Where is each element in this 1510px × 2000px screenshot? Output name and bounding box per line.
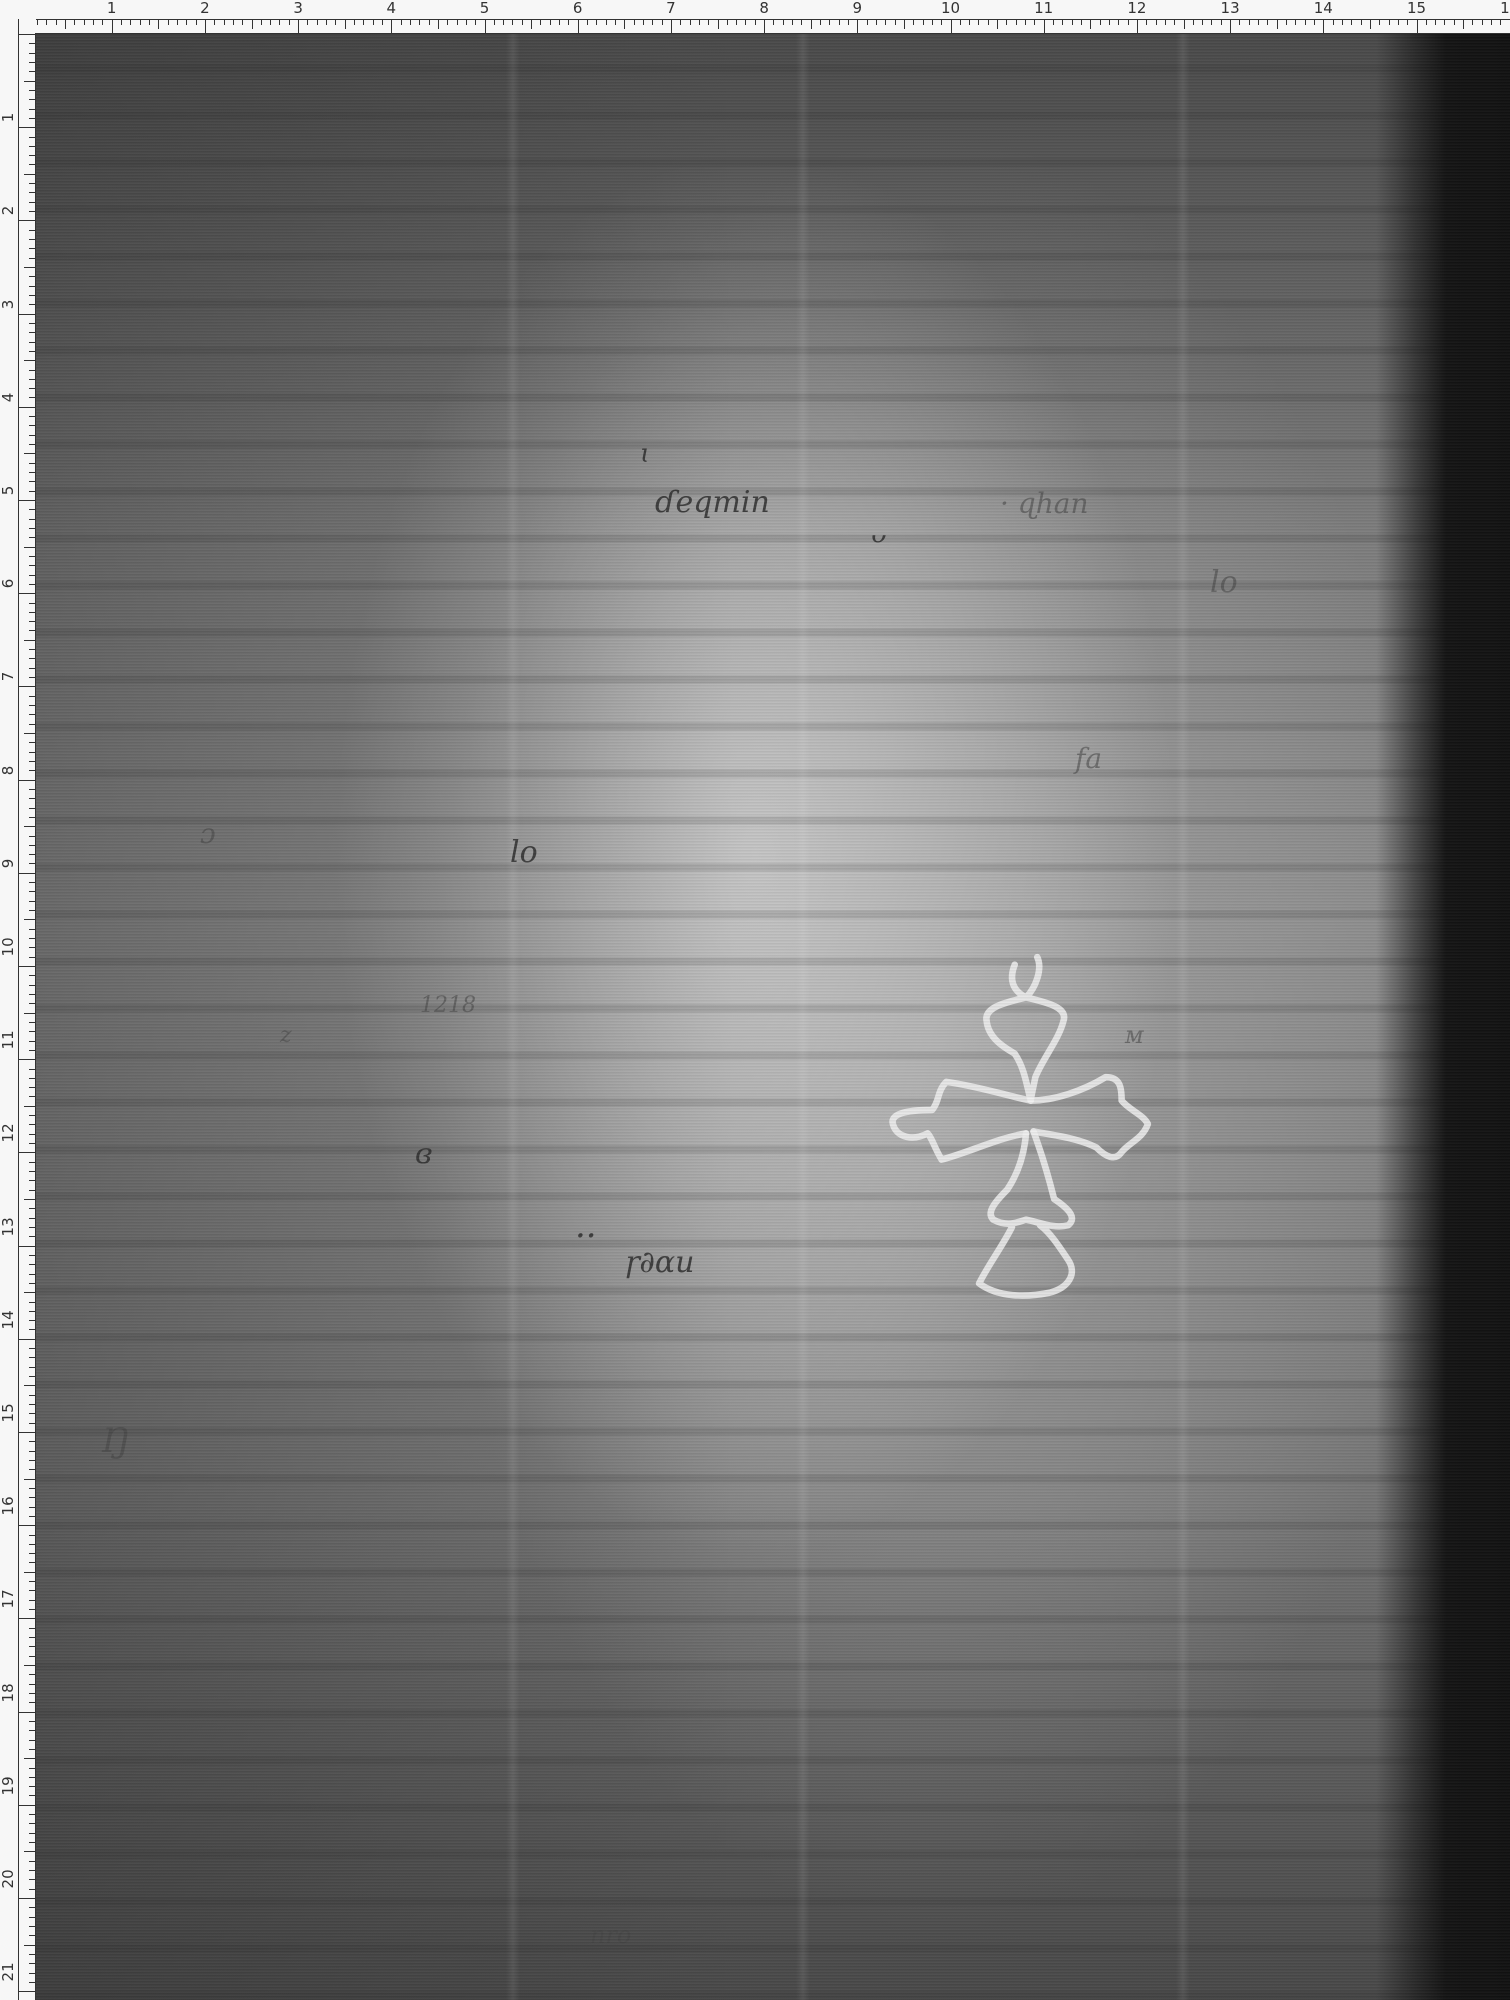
- ruler-tick: [24, 81, 36, 82]
- ruler-tick: [29, 1413, 36, 1414]
- ruler-tick: [29, 649, 36, 650]
- ruler-tick: [29, 1031, 36, 1032]
- ruler-tick: [29, 1236, 36, 1237]
- ruler-tick: [29, 1274, 36, 1275]
- ruler-tick: [24, 1851, 36, 1852]
- ruler-tick: [29, 1311, 36, 1312]
- ruler-tick: [158, 19, 159, 29]
- ruler-tick: [29, 1283, 36, 1284]
- ruler-label: 7: [666, 0, 676, 16]
- ruler-tick: [1444, 19, 1445, 25]
- ruler-tick: [19, 1246, 36, 1247]
- ruler-tick: [29, 798, 36, 799]
- ruler-tick: [1062, 19, 1063, 25]
- ruler-tick: [568, 19, 569, 25]
- ruler-tick: [29, 1581, 36, 1582]
- ruler-tick: [29, 1740, 36, 1741]
- ruler-tick: [941, 19, 942, 25]
- ruler-label: 4: [0, 392, 16, 402]
- ruler-tick: [1081, 19, 1082, 25]
- ruler-tick: [1314, 19, 1315, 25]
- ruler-tick: [242, 19, 243, 25]
- ruler-tick: [839, 19, 840, 25]
- ruler-tick: [29, 183, 36, 184]
- ruler-tick: [29, 1451, 36, 1452]
- ruler-tick: [485, 19, 486, 34]
- ruler-tick: [512, 19, 513, 25]
- ruler-tick: [29, 1637, 36, 1638]
- ruler-tick: [466, 19, 467, 25]
- ruler-tick: [19, 127, 36, 128]
- ruler-tick: [224, 19, 225, 25]
- ruler-tick: [29, 1255, 36, 1256]
- ruler-tick: [764, 19, 765, 34]
- ruler-tick: [29, 99, 36, 100]
- ruler-tick: [56, 19, 57, 25]
- ruler-label: 14: [1314, 0, 1333, 16]
- ruler-tick: [1034, 19, 1035, 25]
- ruler-tick: [1016, 19, 1017, 25]
- ruler-tick: [29, 1180, 36, 1181]
- ruler-tick: [29, 1488, 36, 1489]
- ruler-tick: [270, 19, 271, 25]
- ruler-tick: [494, 19, 495, 25]
- ruler-tick: [29, 789, 36, 790]
- ruler-tick: [29, 1842, 36, 1843]
- ruler-tick: [699, 19, 700, 25]
- ruler-tick: [317, 19, 318, 25]
- ruler-tick: [29, 472, 36, 473]
- ruler-tick: [606, 19, 607, 25]
- ruler-tick: [29, 1833, 36, 1834]
- ruler-tick: [29, 612, 36, 613]
- ruler-tick: [29, 1535, 36, 1536]
- ruler-tick: [29, 1646, 36, 1647]
- ruler-tick: [29, 444, 36, 445]
- ruler-tick: [29, 1935, 36, 1936]
- ruler-tick: [29, 603, 36, 604]
- ruler-tick: [1025, 19, 1026, 25]
- ruler-tick: [29, 1590, 36, 1591]
- ruler-tick: [29, 323, 36, 324]
- ruler-tick: [29, 351, 36, 352]
- ruler-tick: [29, 621, 36, 622]
- ruler-tick: [29, 463, 36, 464]
- ruler-tick: [1156, 19, 1157, 25]
- ruler-tick: [29, 1124, 36, 1125]
- ruler-tick: [149, 19, 150, 25]
- ruler-tick: [1277, 19, 1278, 29]
- ruler-tick: [29, 696, 36, 697]
- ruler-tick: [1295, 19, 1296, 25]
- ruler-tick: [29, 947, 36, 948]
- ruler-tick: [29, 994, 36, 995]
- ruler-tick: [29, 53, 36, 54]
- ruler-tick: [29, 435, 36, 436]
- ruler-tick: [1221, 19, 1222, 25]
- ruler-tick: [29, 677, 36, 678]
- ruler-tick: [29, 1376, 36, 1377]
- ruler-label: 3: [293, 0, 303, 16]
- ruler-tick: [29, 1078, 36, 1079]
- ruler-tick: [29, 863, 36, 864]
- ruler-tick: [29, 1507, 36, 1508]
- ruler-tick: [29, 742, 36, 743]
- ruler-tick: [857, 19, 858, 34]
- ruler-label: 8: [0, 765, 16, 775]
- ruler-tick: [923, 19, 924, 25]
- ruler-label: 6: [573, 0, 583, 16]
- ruler-tick: [29, 1227, 36, 1228]
- ruler-tick: [848, 19, 849, 25]
- ruler-tick: [1258, 19, 1259, 25]
- ruler-tick: [214, 19, 215, 25]
- ruler-tick: [29, 1423, 36, 1424]
- ruler-tick: [29, 1395, 36, 1396]
- ruler-tick: [1398, 19, 1399, 25]
- vertical-ruler: 123456789101112131415161718192021: [0, 0, 36, 2000]
- ruler-tick: [1500, 19, 1501, 25]
- ruler-label: 10: [0, 937, 16, 956]
- ruler-tick: [1389, 19, 1390, 25]
- ruler-tick: [29, 332, 36, 333]
- ruler-tick: [24, 1665, 36, 1666]
- ruler-tick: [29, 71, 36, 72]
- ruler-tick: [298, 19, 299, 34]
- ruler-tick: [29, 556, 36, 557]
- ruler-tick: [29, 1264, 36, 1265]
- ruler-tick: [1128, 19, 1129, 25]
- ruler-tick: [29, 1302, 36, 1303]
- ruler-tick: [29, 929, 36, 930]
- ruler-tick: [382, 19, 383, 25]
- ruler-tick: [29, 416, 36, 417]
- ruler-tick: [29, 985, 36, 986]
- ruler-tick: [29, 425, 36, 426]
- ruler-tick: [29, 1609, 36, 1610]
- ruler-label: 10: [941, 0, 960, 16]
- ruler-tick: [140, 19, 141, 25]
- ruler-tick: [671, 19, 672, 34]
- ruler-tick: [29, 1357, 36, 1358]
- ruler-tick: [19, 1712, 36, 1713]
- ruler-tick: [24, 267, 36, 268]
- ruler-label: 1: [107, 0, 117, 16]
- ruler-tick: [252, 19, 253, 29]
- ruler-tick: [29, 1441, 36, 1442]
- ruler-tick: [1165, 19, 1166, 25]
- ruler-tick: [1053, 19, 1054, 25]
- ruler-tick: [29, 248, 36, 249]
- ruler-label: 1: [0, 113, 16, 123]
- ruler-tick: [24, 174, 36, 175]
- ruler-tick: [1482, 19, 1483, 25]
- ruler-tick: [1491, 19, 1492, 25]
- ruler-tick: [867, 19, 868, 25]
- ruler-tick: [29, 1814, 36, 1815]
- ruler-tick: [1072, 19, 1073, 25]
- ruler-tick: [997, 19, 998, 29]
- ruler-baseline: [18, 19, 19, 2000]
- ruler-tick: [1267, 19, 1268, 25]
- ruler-tick: [475, 19, 476, 25]
- ruler-tick: [121, 19, 122, 25]
- manuscript-scan: ɩɗeqminᴗ· ɋhanlofaloɔ1218zɞ··ɼ∂ɑuᴍŊnro: [36, 34, 1510, 2000]
- ruler-tick: [29, 957, 36, 958]
- ruler-tick: [19, 1991, 36, 1992]
- ruler-tick: [29, 1134, 36, 1135]
- ruler-tick: [624, 19, 625, 29]
- ruler-tick: [19, 500, 36, 501]
- ruler-tick: [29, 146, 36, 147]
- ruler-tick: [29, 1162, 36, 1163]
- ruler-tick: [29, 1367, 36, 1368]
- ruler-tick: [745, 19, 746, 25]
- ruler-tick: [29, 1143, 36, 1144]
- ruler-tick: [29, 1050, 36, 1051]
- ruler-tick: [29, 891, 36, 892]
- ruler-tick: [29, 584, 36, 585]
- ruler-tick: [1006, 19, 1007, 25]
- ruler-tick: [29, 705, 36, 706]
- ruler-tick: [29, 342, 36, 343]
- ruler-tick: [727, 19, 728, 25]
- ruler-label: 16: [0, 1497, 16, 1516]
- ruler-tick: [29, 202, 36, 203]
- ruler-tick: [19, 873, 36, 874]
- ruler-tick: [29, 1684, 36, 1685]
- ruler-tick: [29, 1656, 36, 1657]
- ruler-tick: [1109, 19, 1110, 25]
- ruler-tick: [1379, 19, 1380, 25]
- ruler-label: 20: [0, 1869, 16, 1888]
- ruler-tick: [29, 1777, 36, 1778]
- ruler-tick: [429, 19, 430, 25]
- ruler-label: 15: [1407, 0, 1426, 16]
- ruler-label: 12: [0, 1124, 16, 1143]
- ruler-tick: [29, 770, 36, 771]
- ruler-tick: [829, 19, 830, 25]
- ruler-tick: [391, 19, 392, 34]
- ruler-tick: [29, 1693, 36, 1694]
- ruler-tick: [19, 1152, 36, 1153]
- ruler-tick: [19, 1432, 36, 1433]
- ruler-tick: [643, 19, 644, 25]
- ruler-tick: [29, 1218, 36, 1219]
- ruler-tick: [29, 1069, 36, 1070]
- ruler-tick: [19, 780, 36, 781]
- ruler-tick: [690, 19, 691, 25]
- ruler-tick: [19, 1898, 36, 1899]
- ruler-label: 14: [0, 1310, 16, 1329]
- ruler-tick: [29, 1469, 36, 1470]
- ruler-label: 19: [0, 1776, 16, 1795]
- ruler-tick: [29, 1861, 36, 1862]
- ruler-tick: [447, 19, 448, 25]
- ruler-tick: [354, 19, 355, 25]
- ruler-tick: [1249, 19, 1250, 25]
- ruler-label: 21: [0, 1963, 16, 1982]
- ruler-tick: [29, 1553, 36, 1554]
- ruler-tick: [29, 1516, 36, 1517]
- ruler-tick: [29, 491, 36, 492]
- ruler-label: 12: [1127, 0, 1146, 16]
- ruler-tick: [19, 34, 36, 35]
- ruler-tick: [307, 19, 308, 25]
- ruler-tick: [19, 1339, 36, 1340]
- ruler-tick: [1193, 19, 1194, 25]
- ruler-tick: [29, 481, 36, 482]
- ruler-tick: [29, 938, 36, 939]
- ruler-tick: [540, 19, 541, 25]
- ruler-tick: [177, 19, 178, 25]
- ruler-tick: [326, 19, 327, 25]
- ruler-tick: [913, 19, 914, 25]
- ruler-tick: [755, 19, 756, 25]
- ruler-tick: [1370, 19, 1371, 29]
- ruler-tick: [29, 192, 36, 193]
- ruler-tick: [969, 19, 970, 25]
- ruler-tick: [29, 519, 36, 520]
- ruler-tick: [29, 509, 36, 510]
- ruler-tick: [233, 19, 234, 25]
- ruler-tick: [29, 1003, 36, 1004]
- ruler-tick: [289, 19, 290, 25]
- ruler-tick: [196, 19, 197, 25]
- ruler-tick: [29, 565, 36, 566]
- ruler-tick: [24, 1199, 36, 1200]
- ruler-tick: [29, 304, 36, 305]
- ruler-tick: [29, 1702, 36, 1703]
- ruler-tick: [550, 19, 551, 25]
- ruler-tick: [634, 19, 635, 25]
- ruler-tick: [29, 211, 36, 212]
- ruler-tick: [373, 19, 374, 25]
- ruler-tick: [401, 19, 402, 25]
- ruler-tick: [29, 370, 36, 371]
- ruler-tick: [503, 19, 504, 25]
- ruler-tick: [29, 1087, 36, 1088]
- horizontal-ruler: 012345678910111213141516: [0, 0, 1510, 34]
- ruler-tick: [24, 1572, 36, 1573]
- ruler-tick: [29, 1320, 36, 1321]
- ruler-tick: [29, 528, 36, 529]
- ruler-tick: [587, 19, 588, 25]
- ruler-tick: [29, 1879, 36, 1880]
- ruler-label: 6: [0, 579, 16, 589]
- ruler-label: 5: [0, 486, 16, 496]
- ruler-tick: [1100, 19, 1101, 25]
- ruler-tick: [662, 19, 663, 25]
- ruler-tick: [1351, 19, 1352, 25]
- ruler-label: 3: [0, 299, 16, 309]
- ruler-tick: [24, 547, 36, 548]
- ruler-tick: [1333, 19, 1334, 25]
- ruler-tick: [29, 1497, 36, 1498]
- ruler-tick: [29, 1954, 36, 1955]
- ruler-tick: [988, 19, 989, 25]
- ruler-tick: [960, 19, 961, 25]
- ruler-tick: [29, 1963, 36, 1964]
- ruler-label: 9: [853, 0, 863, 16]
- ruler-tick: [531, 19, 532, 29]
- ruler-tick: [29, 1889, 36, 1890]
- ruler-tick: [29, 1674, 36, 1675]
- ruler-tick: [1435, 19, 1436, 25]
- ruler-tick: [29, 1926, 36, 1927]
- ruler-label: 8: [759, 0, 769, 16]
- ruler-tick: [1137, 19, 1138, 34]
- ruler-tick: [1211, 19, 1212, 25]
- ruler-label: 16: [1500, 0, 1510, 16]
- ruler-tick: [29, 537, 36, 538]
- ruler-label: 11: [1034, 0, 1053, 16]
- ruler-label: 13: [1221, 0, 1240, 16]
- ruler-tick: [29, 43, 36, 44]
- ruler-tick: [335, 19, 336, 25]
- ruler-tick: [1454, 19, 1455, 25]
- ruler-tick: [457, 19, 458, 25]
- ruler-tick: [19, 314, 36, 315]
- ruler-tick: [615, 19, 616, 25]
- ruler-tick: [578, 19, 579, 34]
- ruler-tick: [74, 19, 75, 25]
- ruler-tick: [29, 62, 36, 63]
- ruler-tick: [29, 1795, 36, 1796]
- ruler-tick: [29, 854, 36, 855]
- ruler-tick: [29, 1628, 36, 1629]
- ruler-tick: [29, 90, 36, 91]
- scan-line-noise: [36, 34, 1510, 2000]
- ruler-tick: [24, 640, 36, 641]
- ruler-tick: [24, 453, 36, 454]
- ruler-tick: [29, 910, 36, 911]
- ruler-tick: [29, 817, 36, 818]
- ruler-tick: [1184, 19, 1185, 29]
- ruler-tick: [37, 19, 38, 25]
- ruler-tick: [24, 1385, 36, 1386]
- ruler-tick: [29, 1041, 36, 1042]
- ruler-tick: [29, 388, 36, 389]
- ruler-tick: [29, 164, 36, 165]
- ruler-tick: [93, 19, 94, 25]
- ruler-tick: [29, 155, 36, 156]
- ruler-tick: [1286, 19, 1287, 25]
- ruler-tick: [29, 1096, 36, 1097]
- ruler-tick: [559, 19, 560, 25]
- ruler-tick: [29, 379, 36, 380]
- ruler-tick: [438, 19, 439, 29]
- ruler-tick: [895, 19, 896, 25]
- ruler-tick: [205, 19, 206, 34]
- ruler-tick: [29, 1600, 36, 1601]
- ruler-tick: [978, 19, 979, 25]
- ruler-tick: [29, 668, 36, 669]
- ruler-tick: [29, 397, 36, 398]
- ruler-tick: [29, 882, 36, 883]
- ruler-tick: [29, 836, 36, 837]
- ruler-tick: [522, 19, 523, 25]
- ruler-tick: [24, 919, 36, 920]
- ruler-label: 5: [480, 0, 490, 16]
- ruler-tick: [29, 808, 36, 809]
- ruler-tick: [24, 1479, 36, 1480]
- ruler-tick: [419, 19, 420, 25]
- ruler-tick: [46, 19, 47, 25]
- ruler-label: 2: [0, 206, 16, 216]
- ruler-label: 13: [0, 1217, 16, 1236]
- ruler-tick: [773, 19, 774, 25]
